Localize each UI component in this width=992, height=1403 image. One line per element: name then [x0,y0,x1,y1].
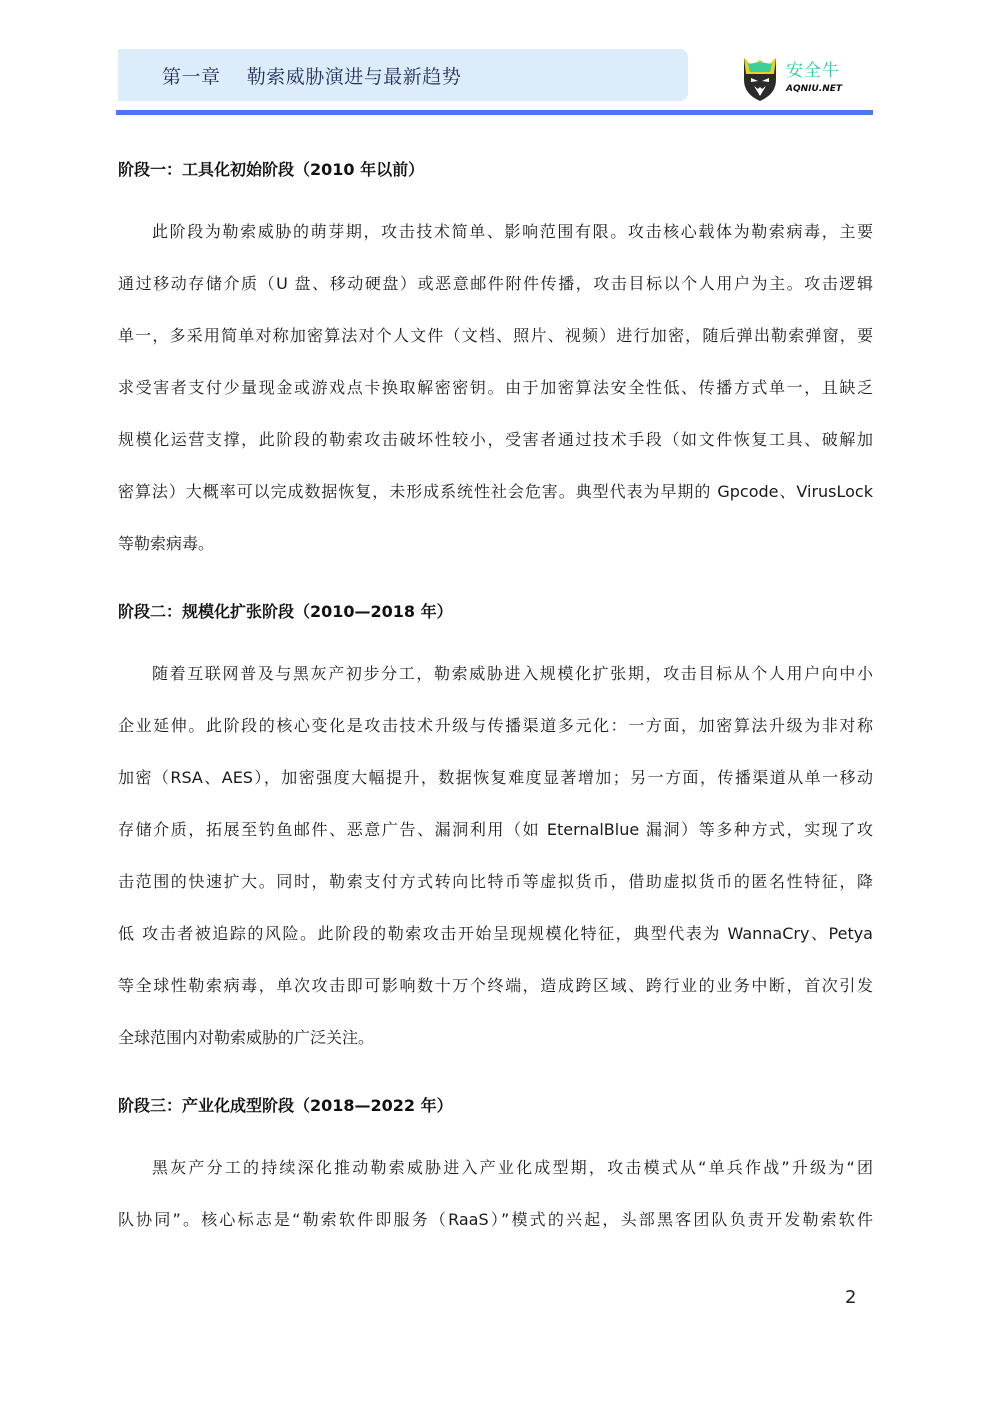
chapter-name: 勒索威胁演进与最新趋势 [247,66,462,88]
aqniu-logo: 安全牛 AQNIU.NET [740,54,880,104]
text-line: 此阶段为勒索威胁的萌芽期，攻击技术简单、影响范围有限。攻击核心载体为勒索病毒，主… [118,206,873,258]
text-line: 等全球性勒索病毒，单次攻击即可影响数十万个终端，造成跨区域、跨行业的业务中断，首… [118,960,873,1012]
text-line: 全球范围内对勒索威胁的广泛关注。 [118,1012,873,1064]
text-line: 队协同”。核心标志是“勒索软件即服务（RaaS）”模式的兴起，头部黑客团队负责开… [118,1194,873,1246]
shield-mascot-icon [740,54,780,102]
chapter-title: 第一章 勒索威胁演进与最新趋势 [162,62,461,89]
text-line: 加密（RSA、AES），加密强度大幅提升，数据恢复难度显著增加；另一方面，传播渠… [118,752,873,804]
section-heading: 阶段二：规模化扩张阶段（2010—2018 年） [118,599,453,622]
text-line: 低 攻击者被追踪的风险。此阶段的勒索攻击开始呈现规模化特征，典型代表为 Wann… [118,908,873,960]
text-line: 等勒索病毒。 [118,518,873,570]
section-heading: 阶段三：产业化成型阶段（2018—2022 年） [118,1093,453,1116]
header-rule [116,110,873,115]
text-line: 存储介质，拓展至钓鱼邮件、恶意广告、漏洞利用（如 EternalBlue 漏洞）… [118,804,873,856]
paragraph: 随着互联网普及与黑灰产初步分工，勒索威胁进入规模化扩张期，攻击目标从个人用户向中… [118,648,873,1064]
text-line: 击范围的快速扩大。同时，勒索支付方式转向比特币等虚拟货币，借助虚拟货币的匿名性特… [118,856,873,908]
page-number: 2 [845,1287,856,1308]
paragraph: 黑灰产分工的持续深化推动勒索威胁进入产业化成型期，攻击模式从“单兵作战”升级为“… [118,1142,873,1246]
text-line: 通过移动存储介质（U 盘、移动硬盘）或恶意邮件附件传播，攻击目标以个人用户为主。… [118,258,873,310]
logo-domain-text: AQNIU.NET [786,84,842,94]
chapter-number: 第一章 [162,66,221,88]
paragraph: 此阶段为勒索威胁的萌芽期，攻击技术简单、影响范围有限。攻击核心载体为勒索病毒，主… [118,206,873,570]
text-line: 求受害者支付少量现金或游戏点卡换取解密密钥。由于加密算法安全性低、传播方式单一，… [118,362,873,414]
section-heading: 阶段一：工具化初始阶段（2010 年以前） [118,157,424,180]
text-line: 黑灰产分工的持续深化推动勒索威胁进入产业化成型期，攻击模式从“单兵作战”升级为“… [118,1142,873,1194]
text-line: 单一，多采用简单对称加密算法对个人文件（文档、照片、视频）进行加密，随后弹出勒索… [118,310,873,362]
text-line: 规模化运营支撑，此阶段的勒索攻击破坏性较小，受害者通过技术手段（如文件恢复工具、… [118,414,873,466]
text-line: 密算法）大概率可以完成数据恢复，未形成系统性社会危害。典型代表为早期的 Gpco… [118,466,873,518]
text-line: 企业延伸。此阶段的核心变化是攻击技术升级与传播渠道多元化：一方面，加密算法升级为… [118,700,873,752]
logo-chinese-text: 安全牛 [786,56,840,81]
text-line: 随着互联网普及与黑灰产初步分工，勒索威胁进入规模化扩张期，攻击目标从个人用户向中… [118,648,873,700]
